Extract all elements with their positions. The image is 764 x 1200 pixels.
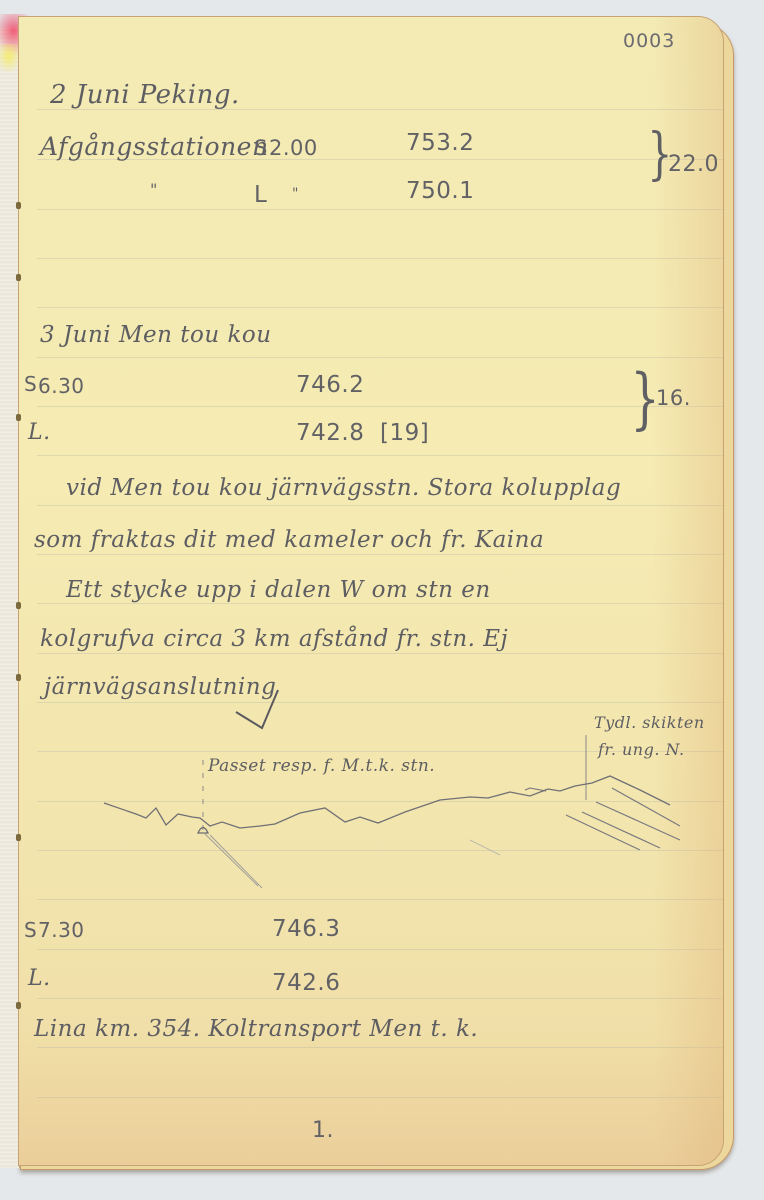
row-value: 742.6 (272, 970, 340, 996)
row-marker: L. (28, 966, 51, 991)
row-value: 746.3 (272, 916, 340, 942)
page-number: 1. (312, 1118, 334, 1143)
sketch-label: Passet resp. f. M.t.k. stn. (208, 756, 435, 776)
row-marker: S (24, 918, 37, 942)
note-line: Lina km. 354. Koltransport Men t. k. (34, 1016, 478, 1042)
row-time: 7.30 (38, 918, 85, 942)
sketch-label: Tydl. skikten (594, 713, 705, 732)
sketch-label: fr. ung. N. (598, 740, 685, 759)
